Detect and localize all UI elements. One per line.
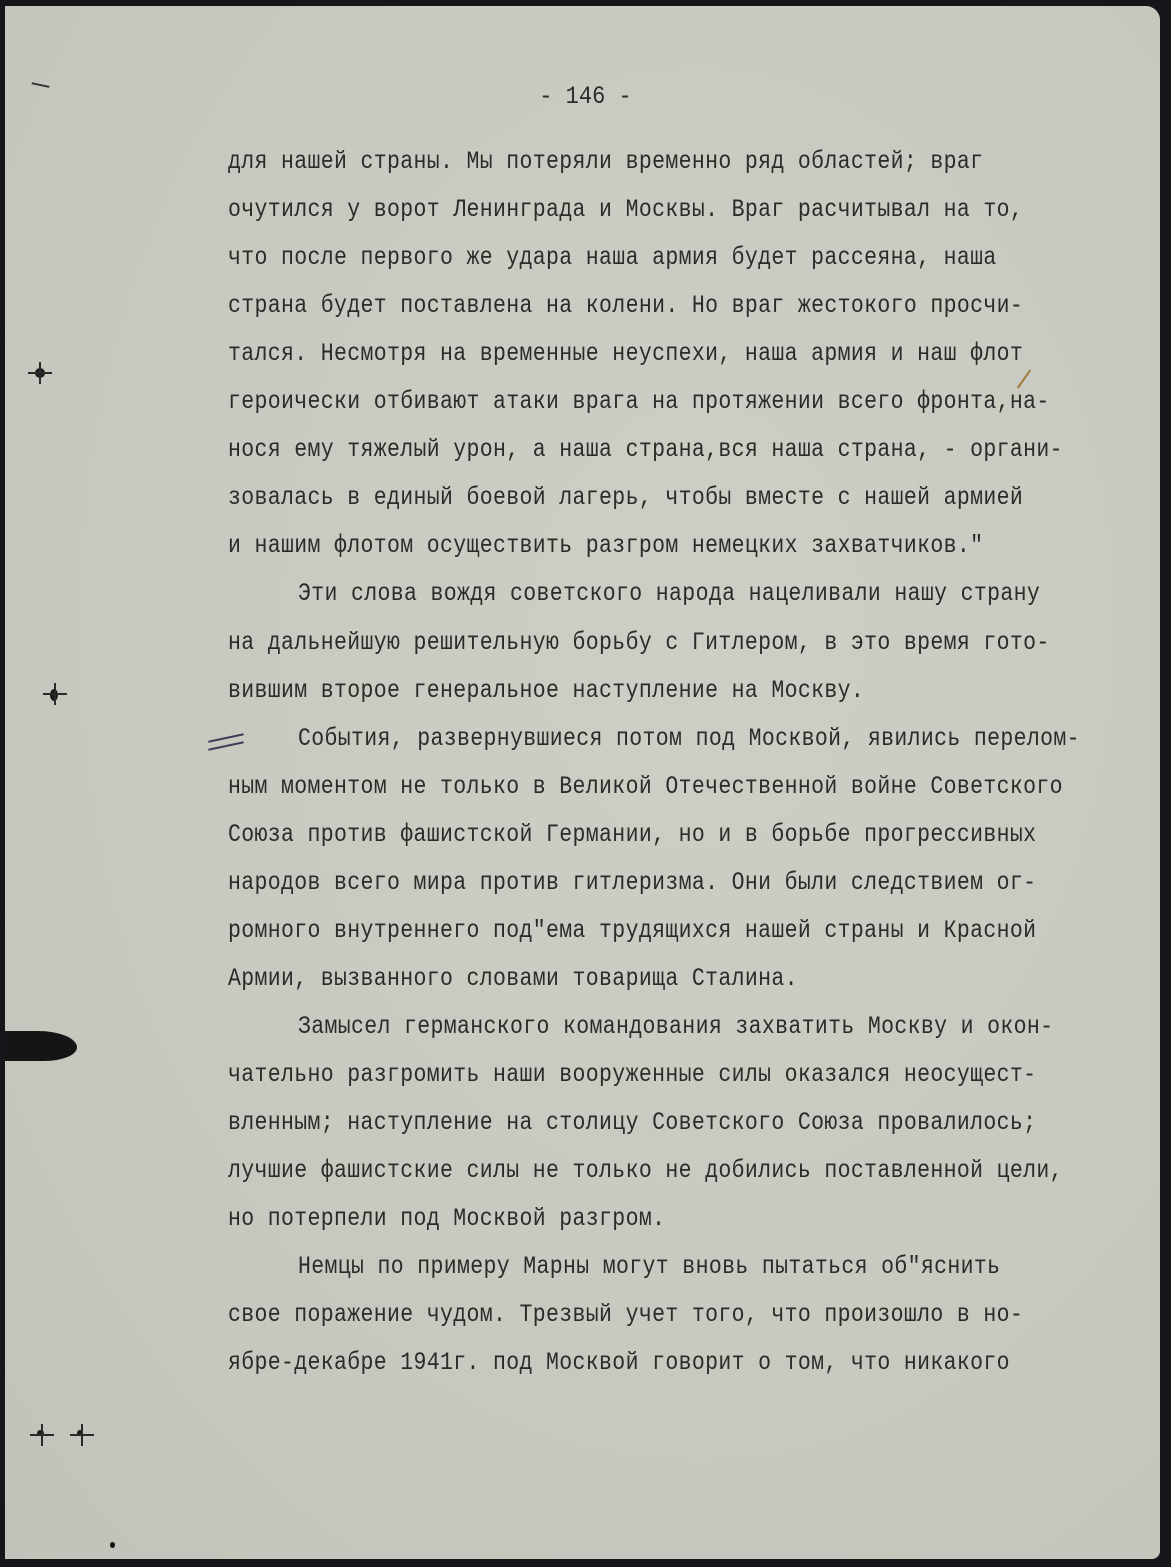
text-line: Армии, вызванного словами товарища Стали… — [228, 967, 798, 992]
text-line: нося ему тяжелый урон, а наша страна,вся… — [228, 438, 1063, 463]
punch-hole-icon — [35, 368, 45, 378]
punch-hole-icon — [77, 1430, 83, 1436]
text-line: на дальнейшую решительную борьбу с Гитле… — [228, 631, 1050, 656]
text-line: и нашим флотом осуществить разгром немец… — [228, 534, 983, 559]
margin-annotation-mark — [208, 734, 244, 750]
text-line: но потерпели под Москвой разгром. — [228, 1207, 665, 1232]
paragraph-first-line: Эти слова вождя советского народа нацели… — [298, 583, 1040, 608]
text-line: зовалась в единый боевой лагерь, чтобы в… — [228, 486, 1023, 511]
text-line: очутился у ворот Ленинграда и Москвы. Вр… — [228, 198, 1023, 223]
text-line: лучшие фашистские силы не только не доби… — [228, 1159, 1063, 1184]
text-line: ябре-декабре 1941г. под Москвой говорит … — [228, 1351, 1010, 1376]
text-line: что после первого же удара наша армия бу… — [228, 246, 997, 271]
text-line: чательно разгромить наши вооруженные сил… — [228, 1063, 1036, 1088]
punch-hole-icon — [50, 689, 58, 701]
paragraph-first-line: Замысел германского командования захвати… — [298, 1015, 1053, 1040]
punch-hole-icon — [37, 1430, 44, 1436]
text-line: ным моментом не только в Великой Отечест… — [228, 775, 1063, 800]
text-line: Союза против фашистской Германии, но и в… — [228, 823, 1036, 848]
ink-spot — [110, 1542, 115, 1548]
text-line: страна будет поставлена на колени. Но вр… — [228, 294, 1023, 319]
text-line: свое поражение чудом. Трезвый учет того,… — [228, 1303, 1023, 1328]
text-line: народов всего мира против гитлеризма. Он… — [228, 871, 1036, 896]
text-line: тался. Несмотря на временные неуспехи, н… — [228, 342, 1023, 367]
text-line: героически отбивают атаки врага на протя… — [228, 390, 1050, 415]
text-line: вленным; наступление на столицу Советско… — [228, 1111, 1036, 1136]
text-line: для нашей страны. Мы потеряли временно р… — [228, 150, 983, 175]
torn-edge — [5, 1031, 77, 1061]
paragraph-first-line: Немцы по примеру Марны могут вновь пытат… — [298, 1255, 1000, 1280]
paragraph-first-line: События, развернувшиеся потом под Москво… — [298, 727, 1080, 752]
text-line: ромного внутреннего под"ема трудящихся н… — [228, 919, 1036, 944]
pen-correction-mark — [1017, 369, 1031, 388]
text-line: вившим второе генеральное наступление на… — [228, 679, 864, 704]
page-number: - 146 - — [0, 82, 1171, 111]
